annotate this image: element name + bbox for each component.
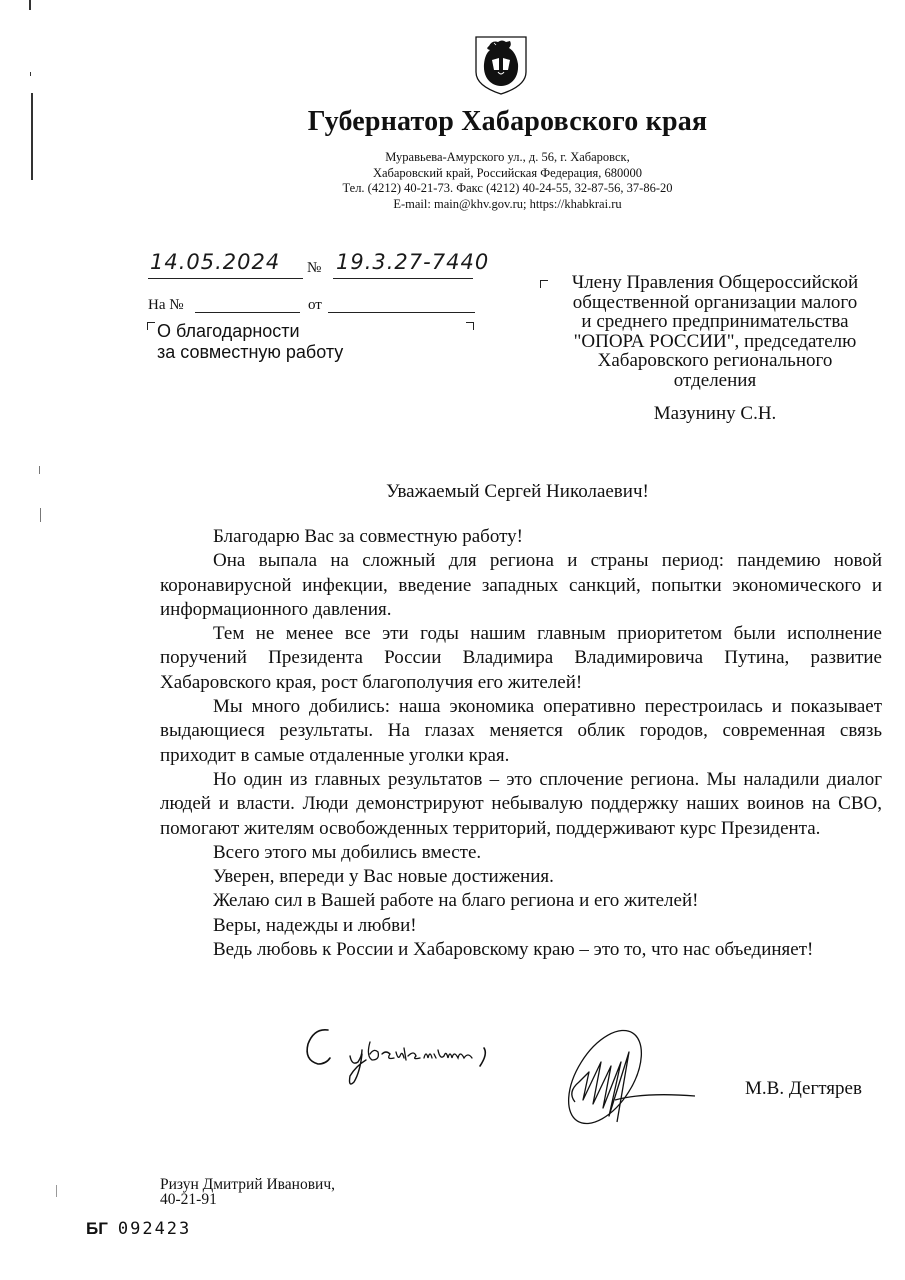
outgoing-date: 14.05.2024 [150, 250, 280, 274]
paragraph: Уверен, впереди у Вас новые достижения. [160, 865, 882, 889]
executor-info: Ризун Дмитрий Иванович, 40-21-91 [160, 1178, 335, 1207]
recipient-line: общественной организации малого [540, 293, 890, 313]
outgoing-number: 19.3.27-7440 [336, 250, 489, 274]
scan-mark [56, 1185, 57, 1197]
reply-date-field [328, 297, 475, 313]
handwritten-closing: С уважением, [300, 1020, 530, 1090]
letterhead-title: Губернатор Хабаровского края [0, 106, 905, 138]
salutation: Уважаемый Сергей Николаевич! [0, 481, 905, 503]
paragraph: Ведь любовь к России и Хабаровскому краю… [160, 938, 882, 962]
paragraph: Она выпала на сложный для региона и стра… [160, 549, 882, 622]
paragraph: Благодарю Вас за совместную работу! [160, 525, 882, 549]
recipient-name: Мазунину С.Н. [540, 403, 890, 425]
paragraph: Мы много добились: наша экономика операт… [160, 695, 882, 768]
signature [545, 1022, 705, 1132]
subject-corner-mark [147, 322, 155, 330]
address-line: Хабаровский край, Российская Федерация, … [110, 166, 905, 182]
paragraph: Желаю сил в Вашей работе на благо регион… [160, 889, 882, 913]
reply-to-label: На № [148, 297, 184, 314]
document-id: БГ092423 [86, 1219, 191, 1239]
recipient-line: "ОПОРА РОССИИ", председателю [540, 332, 890, 352]
scan-mark [39, 466, 40, 474]
reply-to-number-field [195, 297, 300, 313]
document-number: 092423 [118, 1219, 191, 1239]
subject-line: О благодарности [157, 321, 343, 342]
scan-mark [29, 0, 31, 10]
subject-corner-mark [466, 322, 474, 330]
scan-mark [40, 508, 41, 522]
letter-body: Благодарю Вас за совместную работу! Она … [160, 525, 882, 962]
letter-subject: О благодарности за совместную работу [157, 321, 343, 363]
signer-name: М.В. Дегтярев [745, 1078, 862, 1100]
email-web-line: E-mail: main@khv.gov.ru; https://khabkra… [110, 197, 905, 213]
recipient-line: Члену Правления Общероссийской [540, 273, 890, 293]
address-line: Муравьева-Амурского ул., д. 56, г. Хабар… [110, 150, 905, 166]
paragraph: Тем не менее все эти годы нашим главным … [160, 622, 882, 695]
scan-mark [30, 72, 31, 76]
executor-phone: 40-21-91 [160, 1193, 335, 1208]
coat-of-arms-icon [472, 34, 530, 96]
phone-fax-line: Тел. (4212) 40-21-73. Факс (4212) 40-24-… [110, 181, 905, 197]
recipient-line: отделения [540, 371, 890, 391]
document-code: БГ [86, 1219, 108, 1238]
paragraph: Но один из главных результатов – это спл… [160, 768, 882, 841]
reply-date-label: от [308, 297, 322, 314]
paragraph: Веры, надежды и любви! [160, 914, 882, 938]
paragraph: Всего этого мы добились вместе. [160, 841, 882, 865]
recipient-block: Члену Правления Общероссийской обществен… [540, 273, 890, 390]
letterhead-address: Муравьева-Амурского ул., д. 56, г. Хабар… [0, 150, 905, 212]
subject-line: за совместную работу [157, 342, 343, 363]
recipient-line: Хабаровского регионального [540, 351, 890, 371]
recipient-line: и среднего предпринимательства [540, 312, 890, 332]
number-label: № [307, 260, 321, 277]
